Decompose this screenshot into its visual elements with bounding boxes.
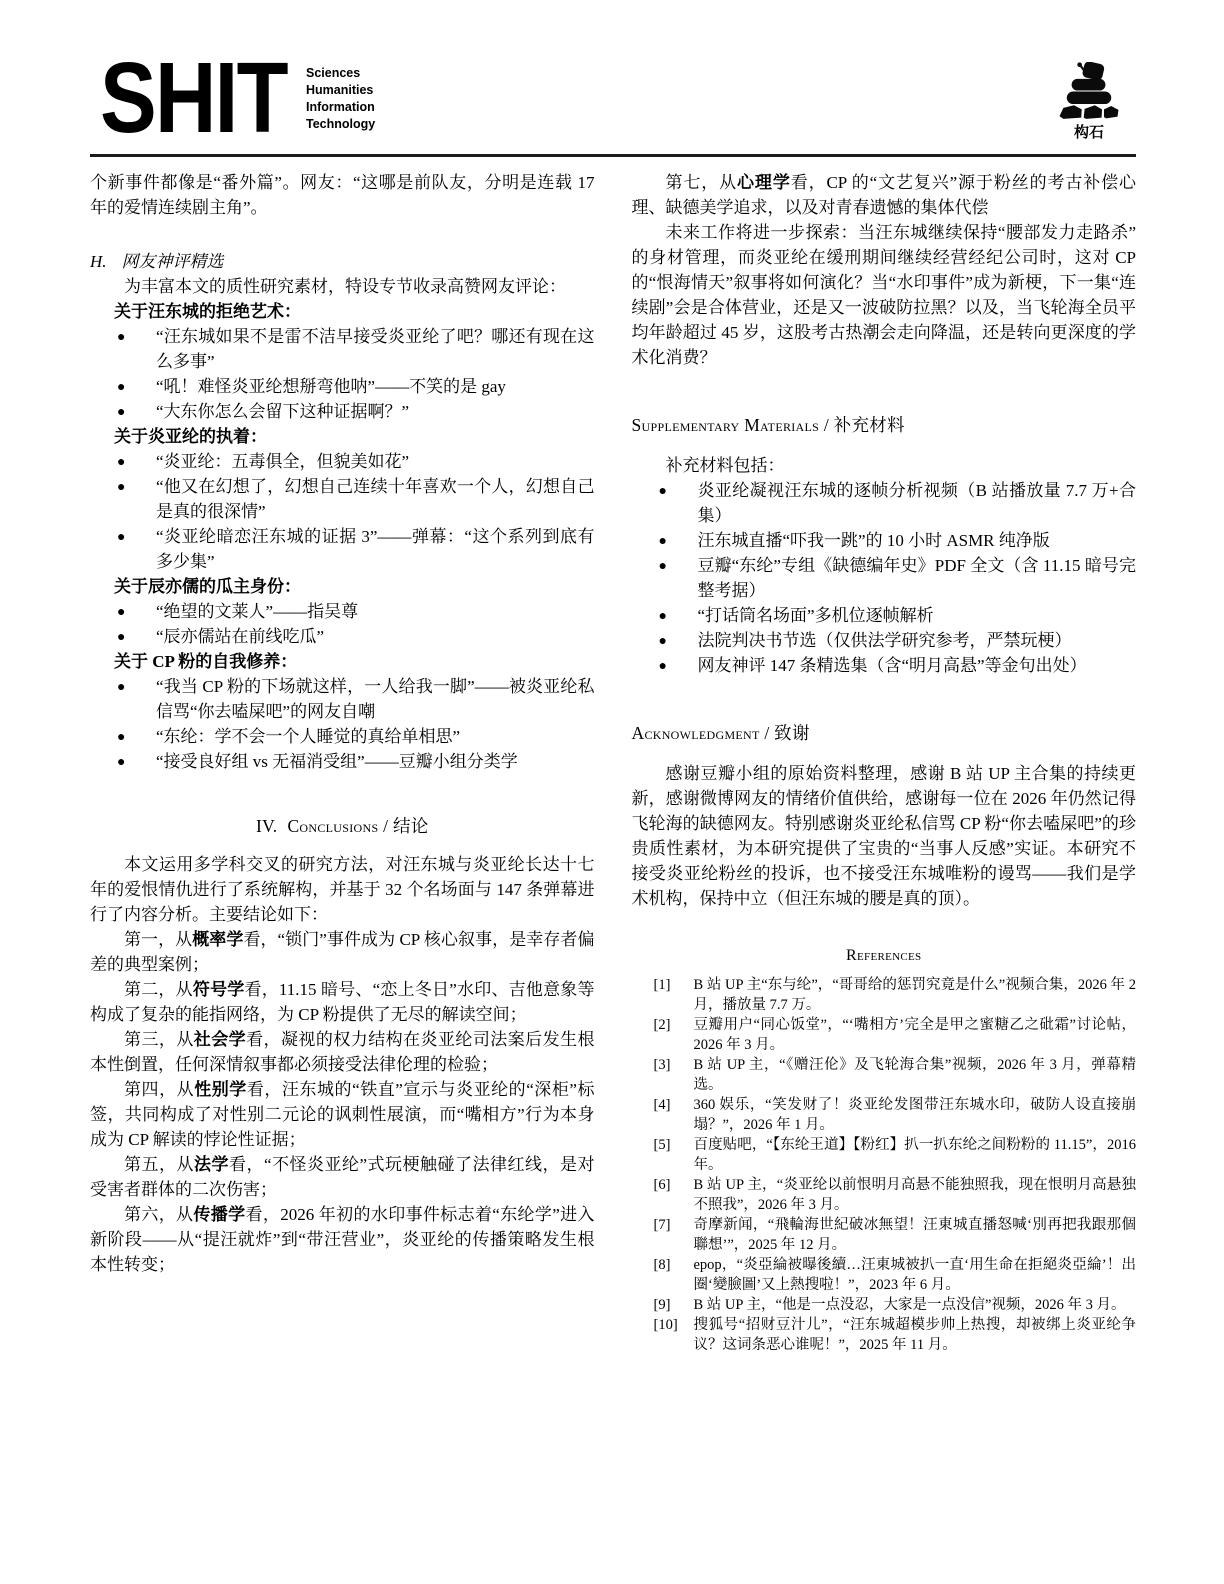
reference-entry: [9]B 站 UP 主，“他是一点没忍，大家是一点没信”视频，2026 年 3 …	[654, 1295, 1137, 1315]
reference-entry: [4]360 娱乐，“笑发财了！炎亚纶发图带汪东城水印，破防人设直接崩塌？”，2…	[654, 1095, 1137, 1135]
comment-item: ●“炎亚纶暗恋汪东城的证据 3”——弹幕：“这个系列到底有多少集”	[90, 524, 595, 574]
reference-entry: [2]豆瓣用户“同心饭堂”，“‘嘴相方’完全是甲之蜜糖乙之砒霜”讨论帖，2026…	[654, 1015, 1137, 1055]
journal-name: SciencesHumanitiesInformationTechnology	[306, 60, 375, 133]
future-work-paragraph: 未来工作将进一步探索：当汪东城继续保持“腰部发力走路杀”的身材管理，而炎亚纶在缓…	[632, 220, 1137, 370]
comments-intro: 为丰富本文的质性研究素材，特设专节收录高赞网友评论：	[90, 274, 595, 299]
conclusion-point: 第四，从性别学看，汪东城的“铁直”宣示与炎亚纶的“深柜”标签，共同构成了对性别二…	[90, 1077, 595, 1152]
comment-text: “接受良好组 vs 无福消受组”——豆瓣小组分类学	[156, 752, 518, 771]
acknowledgment-heading: Acknowledgment / 致谢	[632, 720, 1137, 745]
comment-text: “东纶：学不会一个人睡觉的真给单相思”	[156, 727, 460, 746]
bullet-icon: ●	[659, 529, 667, 554]
supplementary-text: 豆瓣“东纶”专组《缺德编年史》PDF 全文（含 11.15 暗号完整考据）	[698, 556, 1137, 600]
journal-name-line: Sciences	[306, 65, 375, 82]
bullet-icon: ●	[117, 600, 125, 625]
reference-text: B 站 UP 主，“炎亚纶以前恨明月高悬不能独照我，现在恨明月高悬独不照我”，2…	[694, 1175, 1137, 1215]
comment-text: “我当 CP 粉的下场就这样，一人给我一脚”——被炎亚纶私信骂“你去嗑屎吧”的网…	[156, 677, 595, 721]
conclusion-point: 第三，从社会学看，凝视的权力结构在炎亚纶司法案后发生根本性倒置，任何深情叙事都必…	[90, 1027, 595, 1077]
bullet-icon: ●	[117, 400, 125, 425]
point-prefix: 第四，从	[124, 1080, 194, 1099]
comment-item: ●“大东你怎么会留下这种证据啊？”	[90, 399, 595, 424]
comment-text: “他又在幻想了，幻想自己连续十年喜欢一个人，幻想自己是真的很深情”	[156, 477, 595, 521]
point-prefix: 第二，从	[124, 980, 193, 999]
comment-list: ●“汪东城如果不是雷不洁早接受炎亚纶了吧？哪还有现在这么多事”●“吼！难怪炎亚纶…	[90, 324, 595, 424]
point-prefix: 第五，从	[124, 1155, 194, 1174]
bullet-icon: ●	[117, 725, 125, 750]
bullet-icon: ●	[117, 450, 125, 475]
journal-acronym-wrap: SHIT	[100, 60, 292, 136]
supplementary-list: ●炎亚纶凝视汪东城的逐帧分析视频（B 站播放量 7.7 万+合集）●汪东城直播“…	[632, 478, 1137, 678]
supplementary-text: 汪东城直播“吓我一跳”的 10 小时 ASMR 纯净版	[698, 531, 1050, 550]
reference-entry: [6]B 站 UP 主，“炎亚纶以前恨明月高悬不能独照我，现在恨明月高悬独不照我…	[654, 1175, 1137, 1215]
bullet-icon: ●	[659, 554, 667, 579]
reference-text: B 站 UP 主“东与纶”，“哥哥给的惩罚究竟是什么”视频合集，2026 年 2…	[694, 975, 1137, 1015]
point-prefix: 第三，从	[124, 1030, 194, 1049]
supplementary-item: ●汪东城直播“吓我一跳”的 10 小时 ASMR 纯净版	[632, 528, 1137, 553]
journal-name-line: Humanities	[306, 82, 375, 99]
left-column: 个新事件都像是“番外篇”。网友：“这哪是前队友，分明是连载 17 年的爱情连续剧…	[90, 170, 595, 1355]
comment-group-yan: 关于炎亚纶的执着： ●“炎亚纶：五毒俱全，但貌美如花”●“他又在幻想了，幻想自己…	[90, 424, 595, 574]
section-title-zh: / 致谢	[764, 723, 809, 743]
section-number: IV.	[256, 816, 278, 836]
comment-list: ●“绝望的文莱人”——指吴尊●“辰亦儒站在前线吃瓜”	[90, 599, 595, 649]
supplementary-text: 炎亚纶凝视汪东城的逐帧分析视频（B 站播放量 7.7 万+合集）	[698, 481, 1137, 525]
reference-entry: [7]奇摩新闻，“飛輪海世紀破冰無望！汪東城直播怒喊‘別再把我跟那個聯想’”，2…	[654, 1215, 1137, 1255]
comment-item: ●“他又在幻想了，幻想自己连续十年喜欢一个人，幻想自己是真的很深情”	[90, 474, 595, 524]
point-discipline-term: 心理学	[737, 173, 791, 192]
supplementary-item: ●豆瓣“东纶”专组《缺德编年史》PDF 全文（含 11.15 暗号完整考据）	[632, 553, 1137, 603]
point-discipline-term: 性别学	[194, 1080, 247, 1099]
reference-number: [10]	[654, 1315, 694, 1355]
comment-item: ●“接受良好组 vs 无福消受组”——豆瓣小组分类学	[90, 749, 595, 774]
comment-text: “汪东城如果不是雷不洁早接受炎亚纶了吧？哪还有现在这么多事”	[156, 327, 595, 371]
supplementary-item: ●炎亚纶凝视汪东城的逐帧分析视频（B 站播放量 7.7 万+合集）	[632, 478, 1137, 528]
point-discipline-term: 传播学	[193, 1205, 245, 1224]
supplementary-text: 网友神评 147 条精选集（含“明月高悬”等金句出处）	[698, 656, 1087, 675]
section-title-zh: / 补充材料	[824, 415, 905, 435]
section-title-en: Supplementary Materials	[632, 415, 820, 435]
comment-text: “辰亦儒站在前线吃瓜”	[156, 627, 324, 646]
rock-cairn-icon	[1057, 62, 1121, 120]
reference-text: epop，“炎亞綸被曝後續…汪東城被扒一直‘用生命在拒絕炎亞綸’！出圈‘變臉圖’…	[694, 1255, 1137, 1295]
comment-item: ●“东纶：学不会一个人睡觉的真给单相思”	[90, 724, 595, 749]
comment-group-title: 关于辰亦儒的瓜主身份：	[114, 574, 595, 599]
subsection-title: 网友神评精选	[122, 252, 224, 271]
reference-number: [5]	[654, 1135, 694, 1175]
reference-text: 搜狐号“招财豆汁儿”，“汪东城超模步帅上热搜，却被绑上炎亚纶争议？这词条恶心谁呢…	[694, 1315, 1137, 1355]
point-prefix: 第一，从	[124, 930, 192, 949]
lead-paragraph: 个新事件都像是“番外篇”。网友：“这哪是前队友，分明是连载 17 年的爱情连续剧…	[90, 170, 595, 220]
comment-list: ●“炎亚纶：五毒俱全，但貌美如花”●“他又在幻想了，幻想自己连续十年喜欢一个人，…	[90, 449, 595, 574]
supplementary-intro: 补充材料包括：	[632, 453, 1137, 478]
reference-number: [2]	[654, 1015, 694, 1055]
journal-logo: SHIT SciencesHumanitiesInformationTechno…	[100, 60, 375, 136]
comment-item: ●“辰亦儒站在前线吃瓜”	[90, 624, 595, 649]
section-title-zh: / 结论	[383, 816, 428, 836]
journal-acronym: SHIT	[100, 60, 263, 136]
publisher-label: 构石	[1044, 121, 1134, 142]
bullet-icon: ●	[117, 375, 125, 400]
references-heading: References	[632, 947, 1137, 965]
point-prefix: 第六，从	[124, 1205, 193, 1224]
acknowledgment-paragraph: 感谢豆瓣小组的原始资料整理，感谢 B 站 UP 主合集的持续更新，感谢微博网友的…	[632, 761, 1137, 911]
supplementary-text: 法院判决书节选（仅供法学研究参考，严禁玩梗）	[698, 631, 1072, 650]
reference-number: [3]	[654, 1055, 694, 1095]
conclusions-intro: 本文运用多学科交叉的研究方法，对汪东城与炎亚纶长达十七年的爱恨情仇进行了系统解构…	[90, 852, 595, 927]
reference-text: B 站 UP 主，“他是一点没忍，大家是一点没信”视频，2026 年 3 月。	[694, 1295, 1137, 1315]
comment-group-chen: 关于辰亦儒的瓜主身份： ●“绝望的文莱人”——指吴尊●“辰亦儒站在前线吃瓜”	[90, 574, 595, 649]
comment-group-wang: 关于汪东城的拒绝艺术： ●“汪东城如果不是雷不洁早接受炎亚纶了吧？哪还有现在这么…	[90, 299, 595, 424]
conclusions-heading: IV.Conclusions / 结论	[90, 813, 595, 838]
conclusion-point: 第五，从法学看，“不怪炎亚纶”式玩梗触碰了法律红线，是对受害者群体的二次伤害；	[90, 1152, 595, 1202]
subsection-number: H.	[90, 252, 107, 271]
reference-text: 360 娱乐，“笑发财了！炎亚纶发图带汪东城水印，破防人设直接崩塌？”，2026…	[694, 1095, 1137, 1135]
comment-text: “炎亚纶暗恋汪东城的证据 3”——弹幕：“这个系列到底有多少集”	[156, 527, 595, 571]
point-discipline-term: 社会学	[194, 1030, 246, 1049]
reference-entry: [10]搜狐号“招财豆汁儿”，“汪东城超模步帅上热搜，却被绑上炎亚纶争议？这词条…	[654, 1315, 1137, 1355]
reference-text: 百度贴吧，“【东纶王道】【粉红】扒一扒东纶之间粉粉的 11.15”，2016 年…	[694, 1135, 1137, 1175]
bullet-icon: ●	[659, 604, 667, 629]
supplementary-item: ●法院判决书节选（仅供法学研究参考，严禁玩梗）	[632, 628, 1137, 653]
bullet-icon: ●	[117, 525, 125, 550]
reference-number: [1]	[654, 975, 694, 1015]
supplementary-item: ●“打话筒名场面”多机位逐帧解析	[632, 603, 1137, 628]
reference-text: 豆瓣用户“同心饭堂”，“‘嘴相方’完全是甲之蜜糖乙之砒霜”讨论帖，2026 年 …	[694, 1015, 1137, 1055]
journal-name-line: Technology	[306, 116, 375, 133]
comment-text: “炎亚纶：五毒俱全，但貌美如花”	[156, 452, 409, 471]
conclusion-point: 第六，从传播学看，2026 年初的水印事件标志着“东纶学”进入新阶段——从“提汪…	[90, 1202, 595, 1277]
bullet-icon: ●	[659, 629, 667, 654]
comment-list: ●“我当 CP 粉的下场就这样，一人给我一脚”——被炎亚纶私信骂“你去嗑屎吧”的…	[90, 674, 595, 774]
journal-header: SHIT SciencesHumanitiesInformationTechno…	[100, 60, 1134, 142]
conclusion-points: 第一，从概率学看，“锁门”事件成为 CP 核心叙事，是幸存者偏差的典型案例；第二…	[90, 927, 595, 1277]
comment-group-title: 关于炎亚纶的执着：	[114, 424, 595, 449]
comment-text: “绝望的文莱人”——指吴尊	[156, 602, 358, 621]
header-divider	[90, 154, 1136, 157]
comment-group-cp-fans: 关于 CP 粉的自我修养： ●“我当 CP 粉的下场就这样，一人给我一脚”——被…	[90, 649, 595, 774]
comment-group-title: 关于汪东城的拒绝艺术：	[114, 299, 595, 324]
conclusion-point-seven: 第七，从心理学看，CP 的“文艺复兴”源于粉丝的考古补偿心理、缺德美学追求，以及…	[632, 170, 1137, 220]
journal-name-line: Information	[306, 99, 375, 116]
bullet-icon: ●	[117, 325, 125, 350]
publisher-logo: 构石	[1044, 62, 1134, 142]
point-prefix: 第七，从	[666, 173, 738, 192]
supplementary-heading: Supplementary Materials / 补充材料	[632, 412, 1137, 437]
reference-entry: [5]百度贴吧，“【东纶王道】【粉红】扒一扒东纶之间粉粉的 11.15”，201…	[654, 1135, 1137, 1175]
bullet-icon: ●	[659, 479, 667, 504]
comment-group-title: 关于 CP 粉的自我修养：	[114, 649, 595, 674]
bullet-icon: ●	[117, 750, 125, 775]
comment-item: ●“吼！难怪炎亚纶想掰弯他呐”——不笑的是 gay	[90, 374, 595, 399]
conclusion-point: 第一，从概率学看，“锁门”事件成为 CP 核心叙事，是幸存者偏差的典型案例；	[90, 927, 595, 977]
reference-text: 奇摩新闻，“飛輪海世紀破冰無望！汪東城直播怒喊‘別再把我跟那個聯想’”，2025…	[694, 1215, 1137, 1255]
reference-number: [4]	[654, 1095, 694, 1135]
point-discipline-term: 法学	[194, 1155, 229, 1174]
reference-number: [8]	[654, 1255, 694, 1295]
comment-item: ●“汪东城如果不是雷不洁早接受炎亚纶了吧？哪还有现在这么多事”	[90, 324, 595, 374]
reference-entry: [3]B 站 UP 主，“《赠汪伦》及飞轮海合集”视频，2026 年 3 月，弹…	[654, 1055, 1137, 1095]
section-title-en: Conclusions	[287, 816, 378, 836]
reference-list: [1]B 站 UP 主“东与纶”，“哥哥给的惩罚究竟是什么”视频合集，2026 …	[632, 975, 1137, 1355]
comment-text: “吼！难怪炎亚纶想掰弯他呐”——不笑的是 gay	[156, 377, 506, 396]
paper-body: 个新事件都像是“番外篇”。网友：“这哪是前队友，分明是连载 17 年的爱情连续剧…	[90, 170, 1136, 1355]
right-column: 第七，从心理学看，CP 的“文艺复兴”源于粉丝的考古补偿心理、缺德美学追求，以及…	[632, 170, 1137, 1355]
section-title-en: Acknowledgment	[632, 723, 760, 743]
bullet-icon: ●	[659, 654, 667, 679]
point-discipline-term: 概率学	[192, 930, 243, 949]
reference-number: [9]	[654, 1295, 694, 1315]
conclusion-point: 第二，从符号学看，11.15 暗号、“恋上冬日”水印、吉他意象等构成了复杂的能指…	[90, 977, 595, 1027]
paper-page: SHIT SciencesHumanitiesInformationTechno…	[0, 0, 1224, 1584]
reference-number: [7]	[654, 1215, 694, 1255]
point-discipline-term: 符号学	[193, 980, 245, 999]
bullet-icon: ●	[117, 675, 125, 700]
comment-text: “大东你怎么会留下这种证据啊？”	[156, 402, 409, 421]
comment-item: ●“炎亚纶：五毒俱全，但貌美如花”	[90, 449, 595, 474]
supplementary-text: “打话筒名场面”多机位逐帧解析	[698, 606, 934, 625]
comment-item: ●“我当 CP 粉的下场就这样，一人给我一脚”——被炎亚纶私信骂“你去嗑屎吧”的…	[90, 674, 595, 724]
reference-text: B 站 UP 主，“《赠汪伦》及飞轮海合集”视频，2026 年 3 月，弹幕精选…	[694, 1055, 1137, 1095]
reference-entry: [8]epop，“炎亞綸被曝後續…汪東城被扒一直‘用生命在拒絕炎亞綸’！出圈‘變…	[654, 1255, 1137, 1295]
subsection-heading-h: H.网友神评精选	[90, 249, 595, 274]
supplementary-item: ●网友神评 147 条精选集（含“明月高悬”等金句出处）	[632, 653, 1137, 678]
bullet-icon: ●	[117, 475, 125, 500]
reference-number: [6]	[654, 1175, 694, 1215]
comment-item: ●“绝望的文莱人”——指吴尊	[90, 599, 595, 624]
reference-entry: [1]B 站 UP 主“东与纶”，“哥哥给的惩罚究竟是什么”视频合集，2026 …	[654, 975, 1137, 1015]
bullet-icon: ●	[117, 625, 125, 650]
